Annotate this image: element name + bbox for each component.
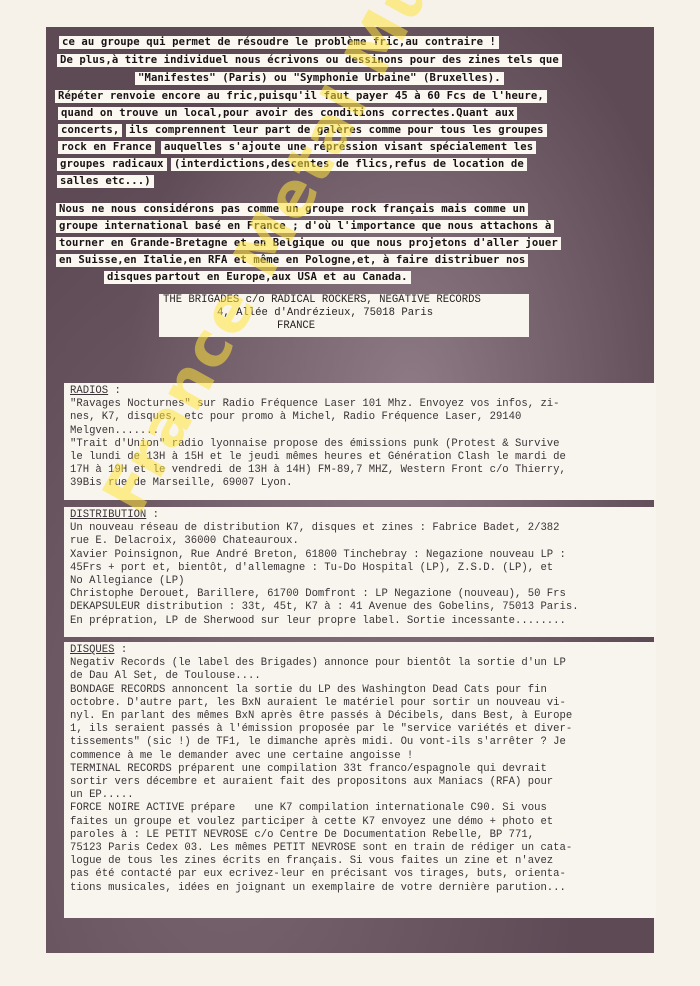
intro-line: auquelles s'ajoute une répréssion visant… <box>161 141 536 154</box>
international-line: en Suisse,en Italie,en RFA et même en Po… <box>56 254 528 267</box>
intro-line: (interdictions,descentes de flics,refus … <box>171 158 527 171</box>
intro-line: De plus,à titre individuel nous écrivons… <box>57 54 562 67</box>
disques-section: DISQUES : Negativ Records (le label des … <box>64 642 656 918</box>
heading-colon: : <box>115 644 128 656</box>
intro-line: groupes radicaux <box>57 158 167 171</box>
address-line-2: 4, Allée d'Andrézieux, 75018 Paris <box>159 307 529 320</box>
address-line-1: THE BRIGADES c/o RADICAL ROCKERS, NEGATI… <box>159 294 529 307</box>
intro-line: salles etc...) <box>57 175 154 188</box>
intro-line: "Manifestes" (Paris) ou "Symphonie Urbai… <box>135 72 504 85</box>
intro-line: rock en France <box>58 141 155 154</box>
radios-section: RADIOS : "Ravages Nocturnes" sur Radio F… <box>64 383 656 500</box>
international-line: partout en Europe,aux USA et au Canada. <box>152 271 411 284</box>
section-heading: DISTRIBUTION <box>70 509 146 521</box>
section-body: "Ravages Nocturnes" sur Radio Fréquence … <box>70 398 650 490</box>
section-heading: RADIOS <box>70 385 108 397</box>
international-line: tourner en Grande-Bretagne et en Belgiqu… <box>56 237 561 250</box>
international-line: Nous ne nous considérons pas comme un gr… <box>56 203 528 216</box>
band-address: THE BRIGADES c/o RADICAL ROCKERS, NEGATI… <box>159 294 529 337</box>
section-body: Negativ Records (le label des Brigades) … <box>70 657 650 895</box>
intro-line: concerts, <box>58 124 122 137</box>
address-line-3: FRANCE <box>159 320 529 333</box>
heading-colon: : <box>146 509 159 521</box>
international-line: disques <box>104 271 155 284</box>
intro-line: Répéter renvoie encore au fric,puisqu'il… <box>55 90 547 103</box>
distribution-section: DISTRIBUTION : Un nouveau réseau de dist… <box>64 507 656 637</box>
intro-line: ce au groupe qui permet de résoudre le p… <box>59 36 499 49</box>
section-body: Un nouveau réseau de distribution K7, di… <box>70 522 650 628</box>
heading-colon: : <box>108 385 121 397</box>
intro-line: quand on trouve un local,pour avoir des … <box>58 107 517 120</box>
section-heading: DISQUES <box>70 644 115 656</box>
international-line: groupe international basé en France ; d'… <box>56 220 554 233</box>
intro-line: ils comprennent leur part de galères com… <box>126 124 547 137</box>
